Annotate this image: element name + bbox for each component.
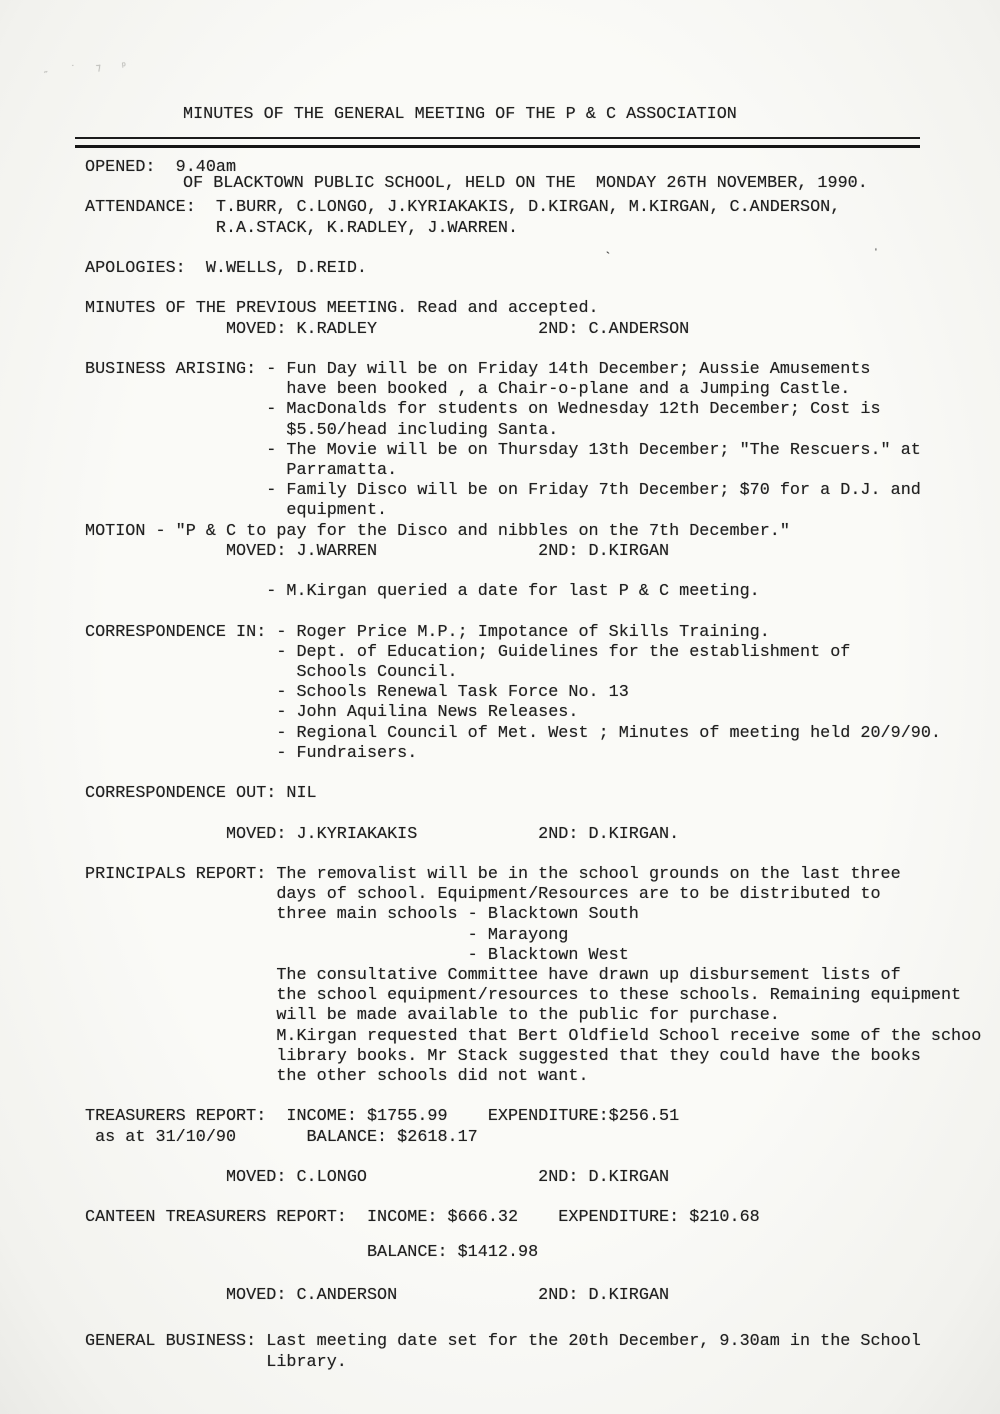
document-line: CORRESPONDENCE OUT: NIL — [85, 784, 1000, 804]
document-line: OPENED: 9.40am — [85, 158, 1000, 178]
document-line: - Schools Renewal Task Force No. 13 — [85, 683, 1000, 703]
document-line — [85, 845, 1000, 865]
document-line: as at 31/10/90 BALANCE: $2618.17 — [85, 1128, 1000, 1148]
document-line: MOVED: K.RADLEY 2ND: C.ANDERSON — [85, 320, 1000, 340]
separator-rule — [75, 137, 920, 148]
document-line: - The Movie will be on Thursday 13th Dec… — [85, 441, 1000, 461]
document-line: MINUTES OF THE PREVIOUS MEETING. Read an… — [85, 299, 1000, 319]
document-line — [85, 1306, 1000, 1326]
document-line — [85, 602, 1000, 622]
document-line: days of school. Equipment/Resources are … — [85, 885, 1000, 905]
document-line: MOVED: J.KYRIAKAKIS 2ND: D.KIRGAN. — [85, 825, 1000, 845]
document-line: will be made available to the public for… — [85, 1006, 1000, 1026]
document-line: equipment. — [85, 501, 1000, 521]
document-line: - John Aquilina News Releases. — [85, 703, 1000, 723]
pencil-mark: ˶ ˙ ⁊ ᵖ — [44, 58, 165, 78]
document-line: - M.Kirgan queried a date for last P & C… — [85, 582, 1000, 602]
document-line: MOTION - "P & C to pay for the Disco and… — [85, 522, 1000, 542]
document-line — [85, 1188, 1000, 1208]
document-line: library books. Mr Stack suggested that t… — [85, 1047, 1000, 1067]
document-line — [85, 562, 1000, 582]
document-line: APOLOGIES: W.WELLS, D.REID. — [85, 259, 1000, 279]
document-line: TREASURERS REPORT: INCOME: $1755.99 EXPE… — [85, 1107, 1000, 1127]
document-line: PRINCIPALS REPORT: The removalist will b… — [85, 865, 1000, 885]
document-line: - Fundraisers. — [85, 744, 1000, 764]
document-line — [85, 1087, 1000, 1107]
document-line: MOVED: C.LONGO 2ND: D.KIRGAN — [85, 1168, 1000, 1188]
document-line: ATTENDANCE: T.BURR, C.LONGO, J.KYRIAKAKI… — [85, 198, 1000, 218]
document-line: Schools Council. — [85, 663, 1000, 683]
document-line — [85, 340, 1000, 360]
document-line — [85, 279, 1000, 299]
document-line — [85, 1263, 1000, 1283]
document-line — [85, 178, 1000, 198]
document-line: The consultative Committee have drawn up… — [85, 966, 1000, 986]
document-line — [85, 764, 1000, 784]
scanned-page: ˶ ˙ ⁊ ᵖ MINUTES OF THE GENERAL MEETING O… — [0, 0, 1000, 1414]
document-line: the school equipment/resources to these … — [85, 986, 1000, 1006]
document-line: Parramatta. — [85, 461, 1000, 481]
document-body: OPENED: 9.40amATTENDANCE: T.BURR, C.LONG… — [85, 158, 1000, 1373]
document-line: the other schools did not want. — [85, 1067, 1000, 1087]
document-line: Library. — [85, 1353, 1000, 1373]
document-line: - Blacktown West — [85, 946, 1000, 966]
document-line: R.A.STACK, K.RADLEY, J.WARREN. — [85, 219, 1000, 239]
document-line: MOVED: J.WARREN 2ND: D.KIRGAN — [85, 542, 1000, 562]
document-line: - Dept. of Education; Guidelines for the… — [85, 643, 1000, 663]
document-line: - Regional Council of Met. West ; Minute… — [85, 724, 1000, 744]
document-line: have been booked , a Chair-o-plane and a… — [85, 380, 1000, 400]
document-line: - Family Disco will be on Friday 7th Dec… — [85, 481, 1000, 501]
document-line: - Marayong — [85, 926, 1000, 946]
document-line: MOVED: C.ANDERSON 2ND: D.KIRGAN — [85, 1286, 1000, 1306]
document-line: - MacDonalds for students on Wednesday 1… — [85, 400, 1000, 420]
document-line — [85, 239, 1000, 259]
document-line: BUSINESS ARISING: - Fun Day will be on F… — [85, 360, 1000, 380]
document-line: $5.50/head including Santa. — [85, 421, 1000, 441]
document-line — [85, 804, 1000, 824]
document-line: CANTEEN TREASURERS REPORT: INCOME: $666.… — [85, 1208, 1000, 1228]
document-line: CORRESPONDENCE IN: - Roger Price M.P.; I… — [85, 623, 1000, 643]
document-line: GENERAL BUSINESS: Last meeting date set … — [85, 1332, 1000, 1352]
document-line — [85, 1148, 1000, 1168]
document-line: BALANCE: $1412.98 — [85, 1243, 1000, 1263]
document-line: three main schools - Blacktown South — [85, 905, 1000, 925]
document-line: M.Kirgan requested that Bert Oldfield Sc… — [85, 1027, 1000, 1047]
title-line-1: MINUTES OF THE GENERAL MEETING OF THE P … — [183, 103, 868, 126]
